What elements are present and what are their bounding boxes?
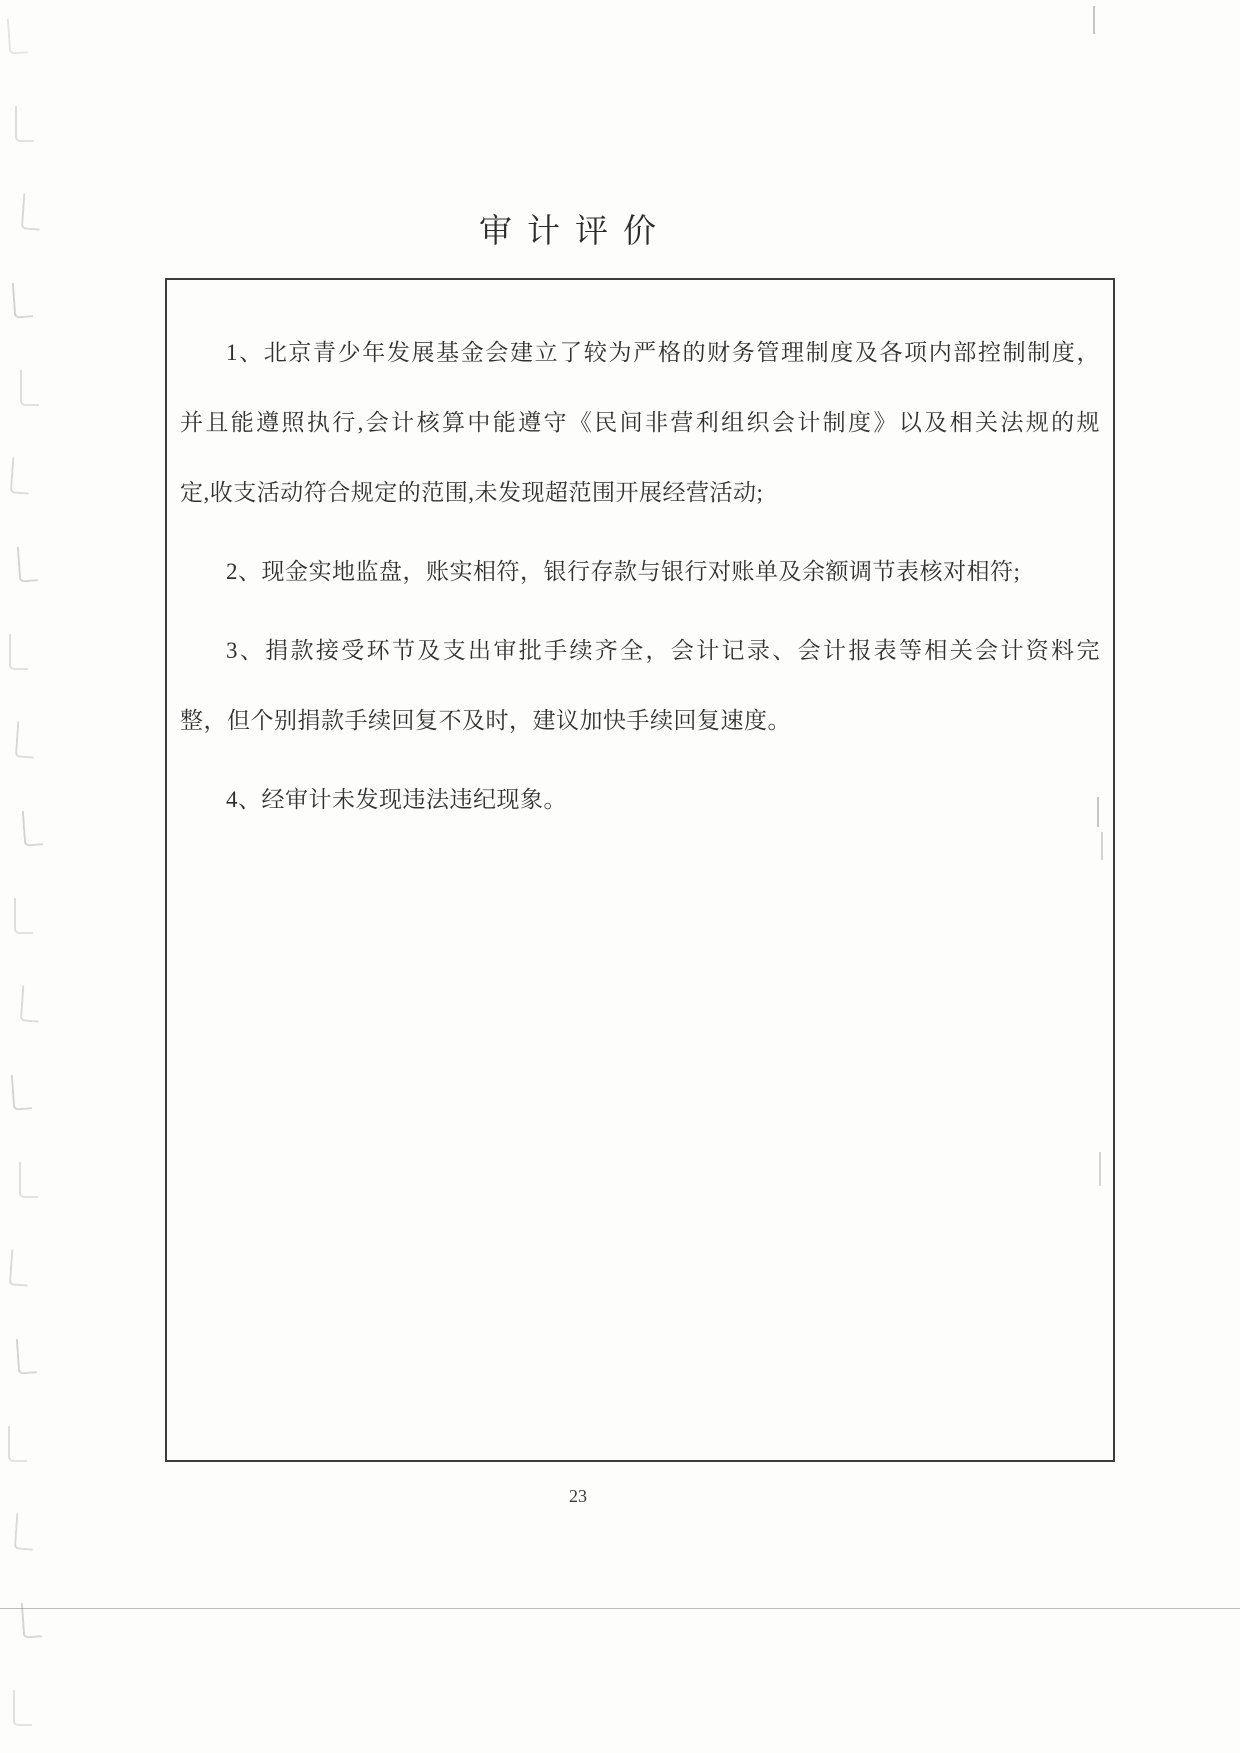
scanned-document-page: 审计评价 1、北京青少年发展基金会建立了较为严格的财务管理制度及各项内部控制制度… <box>0 0 1240 1753</box>
scan-artifact-mark <box>1101 832 1103 860</box>
binding-hole-mark <box>12 281 33 318</box>
text-line: 2、现金实地监盘，账实相符，银行存款与银行对账单及余额调节表核对相符; <box>180 537 1100 607</box>
text-line: 3、捐款接受环节及支出审批手续齐全，会计记录、会计报表等相关会计资料完 <box>180 616 1100 686</box>
scan-artifact-mark <box>1099 1152 1101 1186</box>
paragraph: 1、北京青少年发展基金会建立了较为严格的财务管理制度及各项内部控制制度，并且能遵… <box>180 318 1100 528</box>
text-line: 4、经审计未发现违法违纪现象。 <box>180 765 1100 835</box>
binding-hole-mark <box>9 634 28 670</box>
paragraph: 2、现金实地监盘，账实相符，银行存款与银行对账单及余额调节表核对相符; <box>180 537 1100 607</box>
binding-hole-mark <box>22 809 43 846</box>
text-line: 1、北京青少年发展基金会建立了较为严格的财务管理制度及各项内部控制制度， <box>180 318 1100 388</box>
audit-paragraphs: 1、北京青少年发展基金会建立了较为严格的财务管理制度及各项内部控制制度，并且能遵… <box>167 280 1113 835</box>
scan-artifact-mark <box>1093 6 1095 34</box>
page-title: 审计评价 <box>0 205 1195 252</box>
binding-hole-mark <box>21 1601 42 1638</box>
text-line: 定,收支活动符合规定的范围,未发现超范围开展经营活动; <box>180 458 1100 528</box>
binding-hole-mark <box>8 1426 27 1462</box>
binding-hole-mark <box>19 1162 38 1198</box>
paragraph: 4、经审计未发现违法违纪现象。 <box>180 765 1100 835</box>
binding-hole-mark <box>7 17 28 54</box>
binding-hole-mark <box>14 898 33 934</box>
binding-hole-mark <box>14 1513 35 1550</box>
binding-hole-mark <box>15 106 34 142</box>
scan-artifact-mark <box>1097 797 1099 827</box>
page-number: 23 <box>0 1486 1198 1507</box>
binding-hole-mark <box>13 1690 32 1726</box>
scan-artifact-line <box>0 1608 1240 1609</box>
binding-hole-mark <box>15 721 36 758</box>
text-line: 整，但个别捐款手续回复不及时，建议加快手续回复速度。 <box>180 686 1100 756</box>
text-line: 并且能遵照执行,会计核算中能遵守《民间非营利组织会计制度》以及相关法规的规 <box>180 388 1100 458</box>
binding-hole-mark <box>20 985 41 1022</box>
binding-hole-mark <box>9 1249 30 1286</box>
paragraph: 3、捐款接受环节及支出审批手续齐全，会计记录、会计报表等相关会计资料完整，但个别… <box>180 616 1100 756</box>
audit-content-box: 1、北京青少年发展基金会建立了较为严格的财务管理制度及各项内部控制制度，并且能遵… <box>165 278 1115 1462</box>
binding-hole-mark <box>10 457 31 494</box>
binding-hole-mark <box>20 370 39 406</box>
binding-hole-mark <box>17 545 38 582</box>
binding-hole-mark <box>11 1073 32 1110</box>
binding-hole-mark <box>16 1337 37 1374</box>
